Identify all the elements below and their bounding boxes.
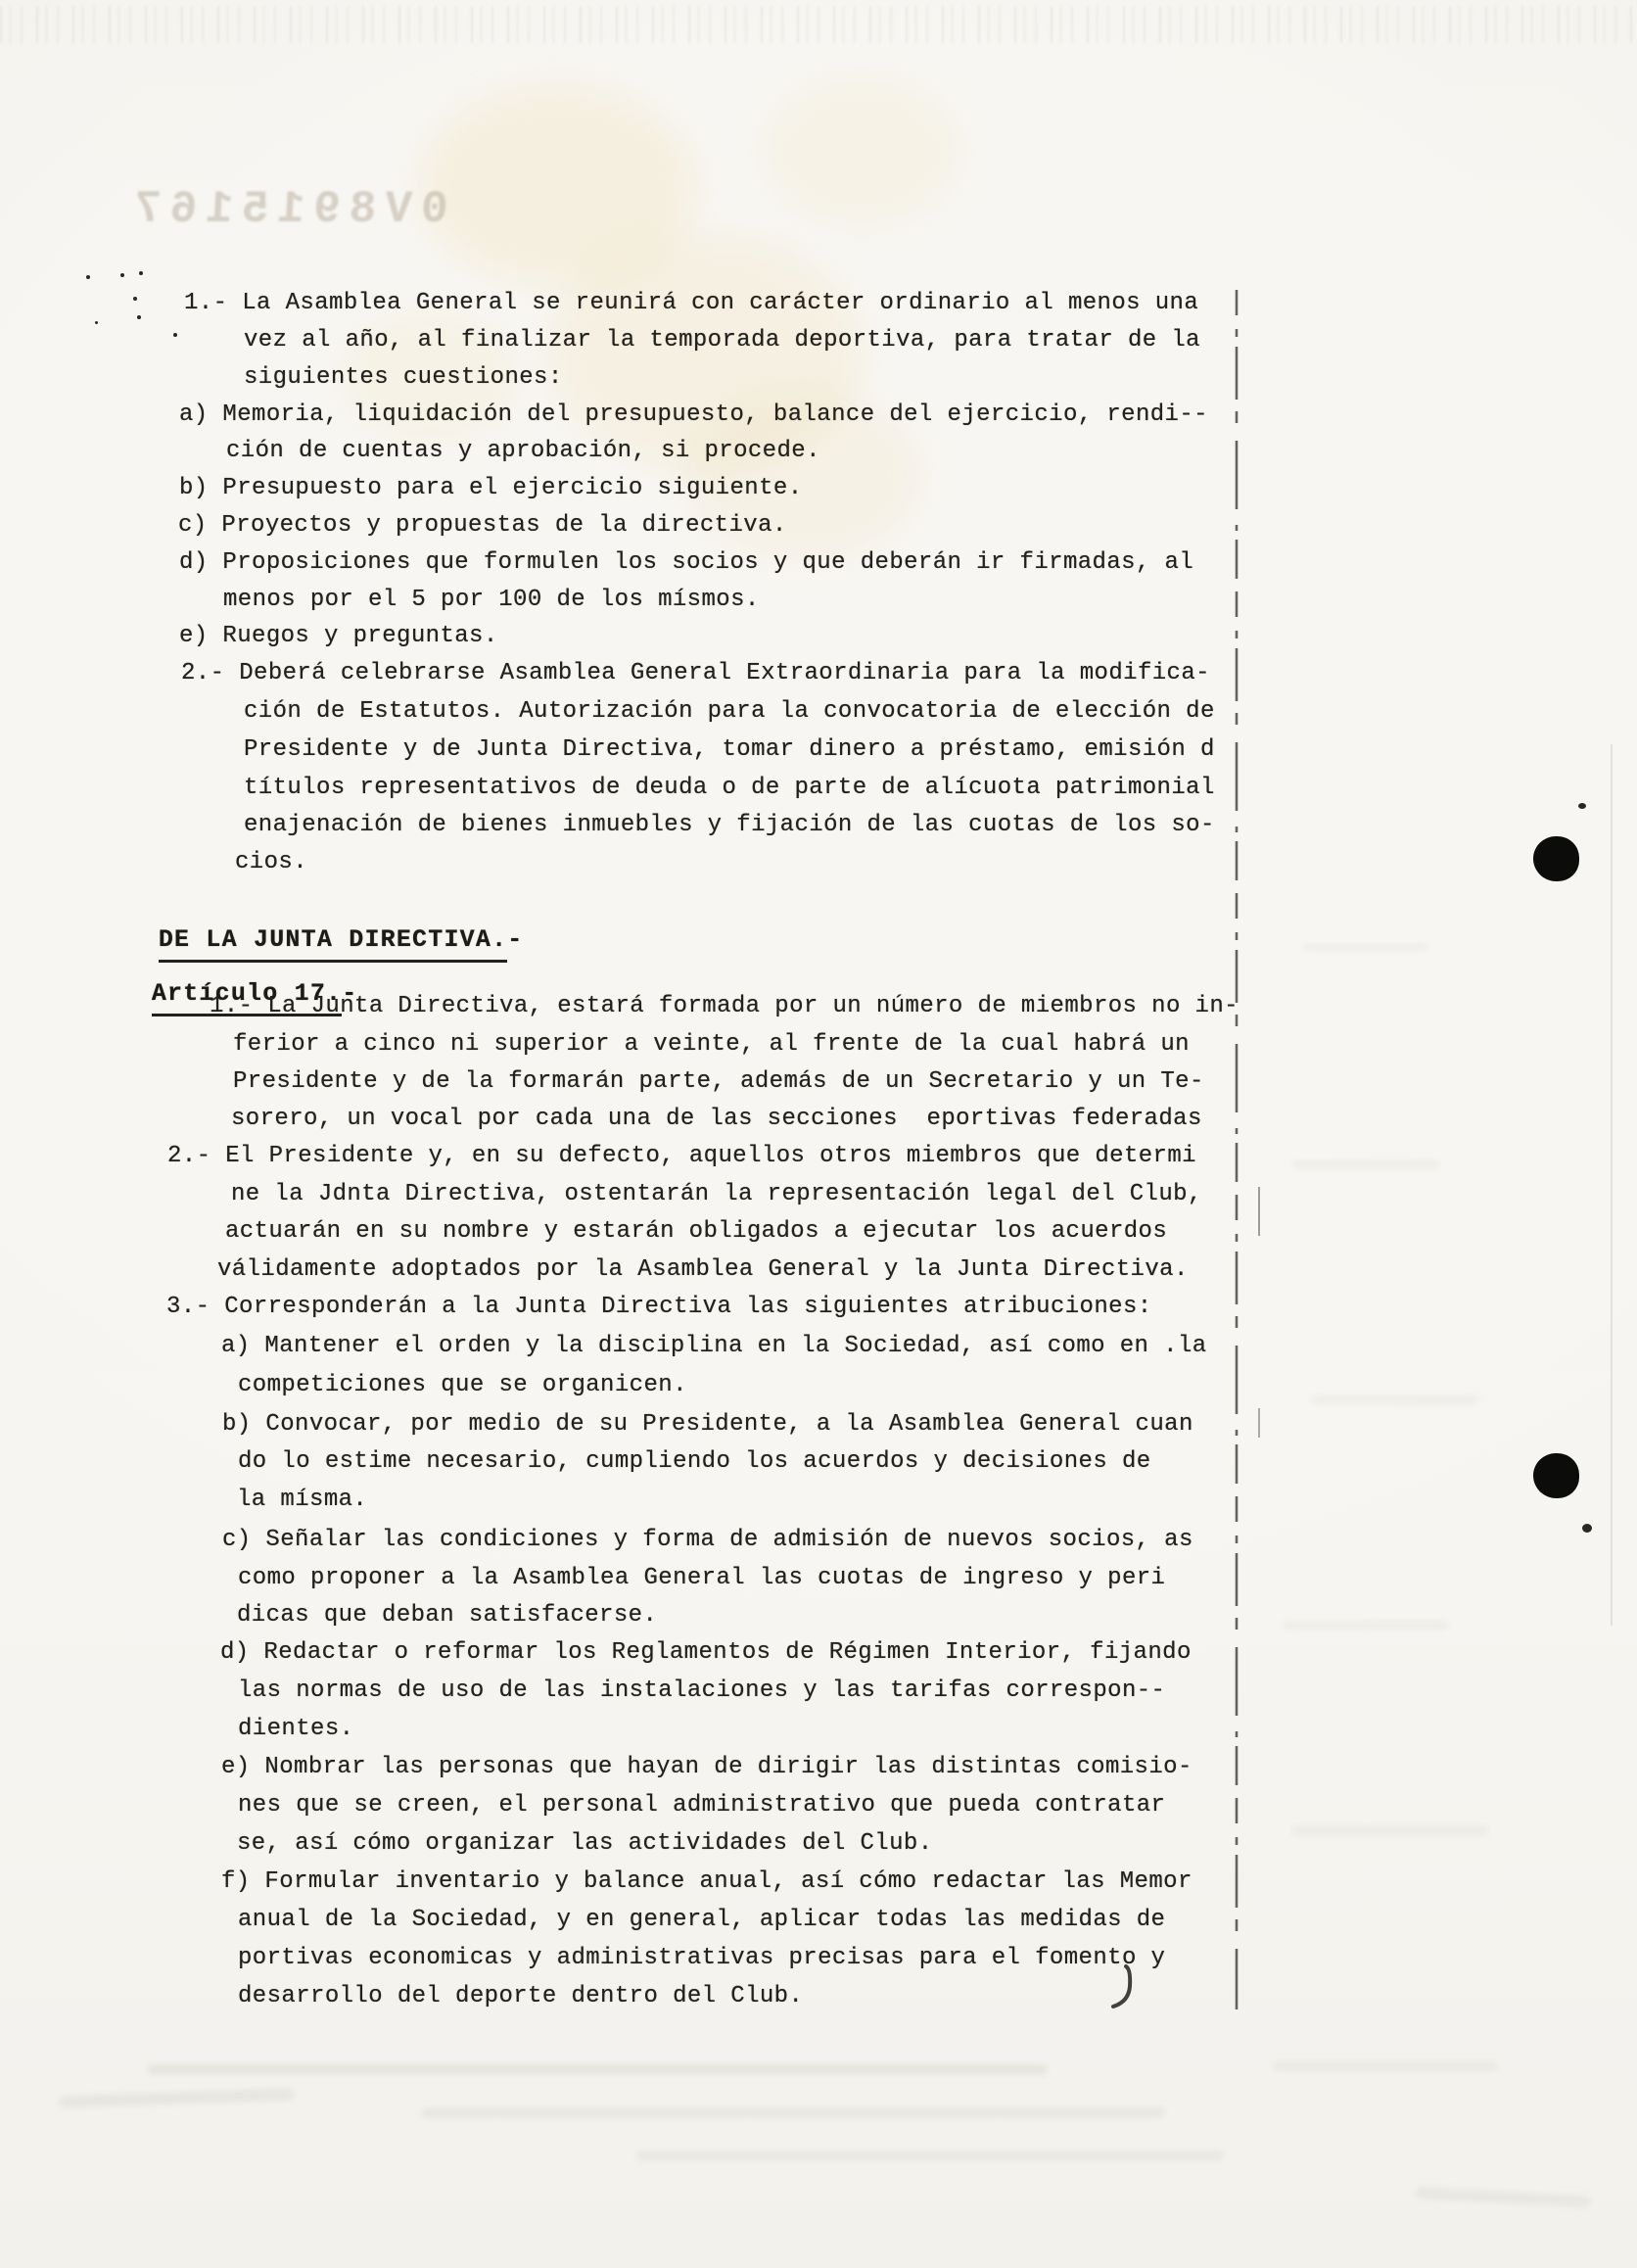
ink-speck [95, 321, 98, 324]
black-dot [1533, 1453, 1579, 1498]
pen-hook-mark [1113, 1966, 1130, 2007]
bleed-line [636, 2150, 1224, 2161]
bleed-line [147, 2064, 1048, 2075]
ink-speck [1582, 1524, 1592, 1533]
ink-speck [1578, 803, 1586, 809]
bleed-line [1292, 1826, 1488, 1835]
bleed-line [1312, 1395, 1478, 1404]
bleed-line [1283, 1621, 1449, 1630]
ink-speck [120, 273, 124, 277]
black-dot [1533, 836, 1579, 881]
ink-speck [137, 315, 141, 319]
bleed-line [1302, 943, 1429, 951]
margin-line-overlay [0, 0, 1637, 2268]
bleed-line [1273, 2061, 1498, 2071]
ink-speck [173, 333, 177, 337]
ink-speck [139, 271, 143, 275]
bleed-line [1292, 1160, 1439, 1169]
ink-speck [133, 297, 137, 301]
scanned-document-page: 0V8915167 DE LA JUNTA DIRECTIVA.- Artícu… [0, 0, 1637, 2268]
ink-speck [86, 275, 90, 279]
bleed-line [421, 2107, 1165, 2118]
